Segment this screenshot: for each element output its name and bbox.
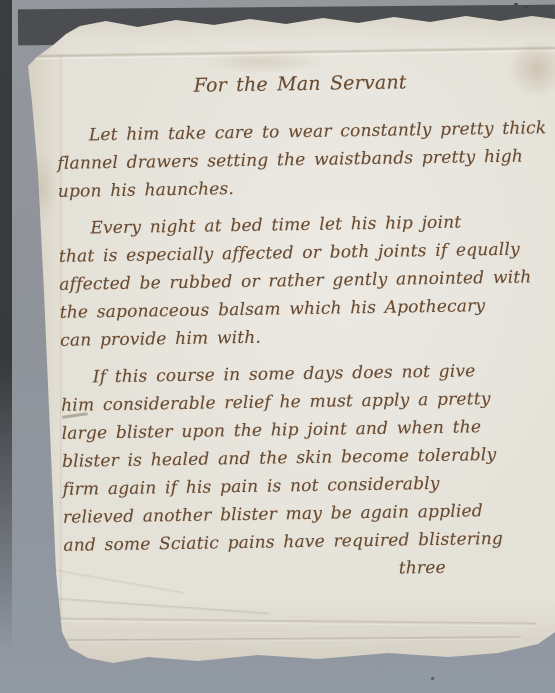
document-title: For the Man Servant	[56, 66, 544, 102]
paragraph: Let him take care to wear constantly pre…	[57, 114, 546, 206]
bottom-fold-crease	[26, 617, 536, 626]
paragraph: Every night at bed time let his hip join…	[58, 207, 548, 355]
photo-stage: For the Man Servant Let him take care to…	[0, 0, 555, 693]
paper-stain	[24, 152, 58, 222]
manuscript-text: For the Man Servant Let him take care to…	[56, 66, 552, 588]
manuscript-page: For the Man Servant Let him take care to…	[18, 12, 555, 670]
dust-speck	[525, 6, 528, 8]
dust-speck	[431, 677, 434, 680]
bottom-fold-crease	[22, 595, 269, 615]
dust-speck	[514, 3, 518, 5]
paragraph: If this course in some days does not giv…	[61, 356, 552, 560]
bottom-fold-crease	[38, 636, 521, 642]
top-fold-crease	[18, 46, 555, 60]
backdrop-shadow-strip	[0, 0, 12, 655]
